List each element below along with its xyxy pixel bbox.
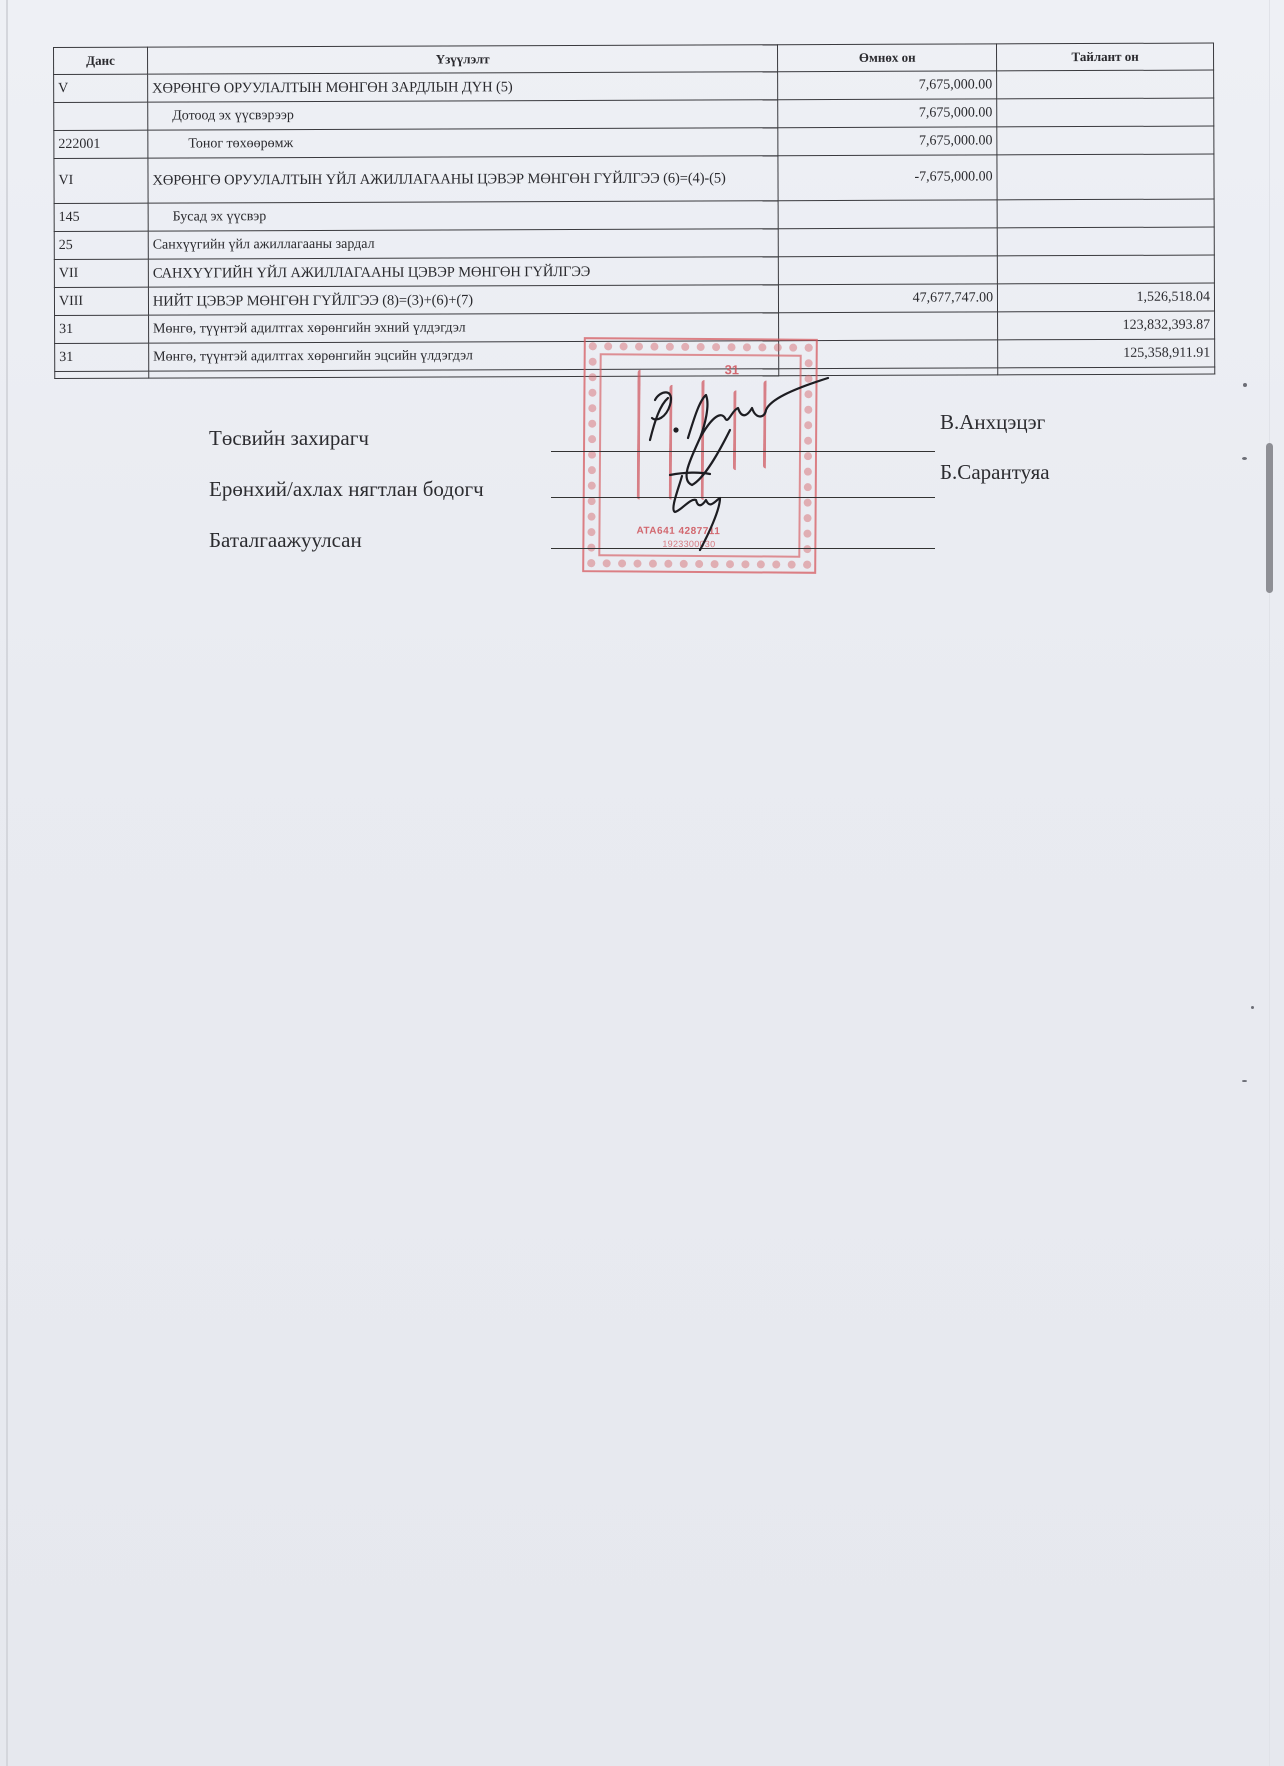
row-code: VIII (54, 287, 148, 315)
row-current-year (997, 70, 1214, 99)
row-current-year (997, 255, 1214, 284)
page-edge (6, 0, 8, 1766)
row-code: VII (54, 259, 148, 287)
row-current-year (997, 227, 1214, 256)
scrollbar-thumb[interactable] (1266, 443, 1273, 593)
table-row: Дотоод эх үүсвэрээр 7,675,000.00 (54, 98, 1214, 130)
row-code: V (54, 74, 148, 102)
row-previous-year (778, 228, 997, 257)
row-current-year: 123,832,393.87 (998, 311, 1215, 340)
row-code: 222001 (54, 130, 148, 158)
header-code: Данс (54, 47, 148, 74)
header-current-year: Тайлант он (997, 43, 1214, 71)
dust-speck (1251, 1006, 1254, 1009)
row-current-year: 125,358,911.91 (998, 339, 1215, 368)
row-previous-year (778, 200, 997, 229)
row-code: 25 (54, 231, 148, 259)
row-description: ХӨРӨНГӨ ОРУУЛАЛТЫН ҮЙЛ АЖИЛЛАГААНЫ ЦЭВЭР… (148, 156, 779, 203)
table-row: VI ХӨРӨНГӨ ОРУУЛАЛТЫН ҮЙЛ АЖИЛЛАГААНЫ ЦЭ… (54, 154, 1214, 203)
row-current-year (997, 199, 1214, 228)
signature-role-chief-accountant: Ерөнхий/ахлах нягтлан бодогч (209, 477, 484, 502)
row-current-year (997, 98, 1214, 127)
row-previous-year: 7,675,000.00 (778, 127, 997, 156)
row-code: 31 (55, 315, 149, 343)
row-description: НИЙТ ЦЭВЭР МӨНГӨН ГҮЙЛГЭЭ (8)=(3)+(6)+(7… (148, 285, 778, 315)
row-description: Дотоод эх үүсвэрээр (148, 100, 778, 130)
header-previous-year: Өмнөх он (778, 44, 997, 72)
header-description: Үзүүлэлт (147, 45, 777, 74)
row-previous-year: 47,677,747.00 (779, 284, 998, 313)
row-description: Санхүүгийн үйл ажиллагааны зардал (148, 229, 778, 259)
row-description: САНХҮҮГИЙН ҮЙЛ АЖИЛЛАГААНЫ ЦЭВЭР МӨНГӨН … (148, 257, 778, 287)
signature-role-verified: Баталгаажуулсан (209, 528, 362, 553)
row-previous-year (779, 312, 998, 341)
dust-speck (1242, 457, 1247, 460)
row-code: 31 (55, 343, 149, 371)
row-code: VI (54, 158, 148, 203)
row-description: Тоног төхөөрөмж (148, 128, 778, 158)
dust-speck (1242, 1080, 1247, 1082)
row-code (54, 102, 148, 130)
row-code: 145 (54, 203, 148, 231)
row-previous-year: -7,675,000.00 (778, 155, 997, 201)
signature-role-budget-manager: Төсвийн захирагч (209, 426, 369, 451)
table-row: V ХӨРӨНГӨ ОРУУЛАЛТЫН МӨНГӨН ЗАРДЛЫН ДҮН … (54, 70, 1214, 102)
table-row: 222001 Тоног төхөөрөмж 7,675,000.00 (54, 126, 1214, 158)
row-previous-year (779, 256, 998, 285)
signature-name-budget-manager: В.Анхцэцэг (940, 410, 1045, 435)
table-row: VII САНХҮҮГИЙН ҮЙЛ АЖИЛЛАГААНЫ ЦЭВЭР МӨН… (54, 255, 1214, 287)
table-row: 145 Бусад эх үүсвэр (54, 199, 1214, 231)
row-current-year (997, 126, 1214, 155)
signature-name-chief-accountant: Б.Сарантуяа (940, 460, 1050, 485)
table-row: VIII НИЙТ ЦЭВЭР МӨНГӨН ГҮЙЛГЭЭ (8)=(3)+(… (54, 283, 1214, 315)
row-current-year (997, 154, 1214, 200)
row-previous-year: 7,675,000.00 (778, 71, 997, 100)
table-row: 25 Санхүүгийн үйл ажиллагааны зардал (54, 227, 1214, 259)
page-edge-right (1269, 0, 1270, 1766)
dust-speck (1243, 383, 1247, 387)
handwritten-signatures-icon (560, 360, 860, 560)
row-description: ХӨРӨНГӨ ОРУУЛАЛТЫН МӨНГӨН ЗАРДЛЫН ДҮН (5… (148, 72, 778, 102)
row-current-year: 1,526,518.04 (998, 283, 1215, 312)
row-description: Бусад эх үүсвэр (148, 201, 778, 231)
row-previous-year: 7,675,000.00 (778, 99, 997, 128)
cash-flow-table: Данс Үзүүлэлт Өмнөх он Тайлант он V ХӨРӨ… (53, 43, 1215, 379)
